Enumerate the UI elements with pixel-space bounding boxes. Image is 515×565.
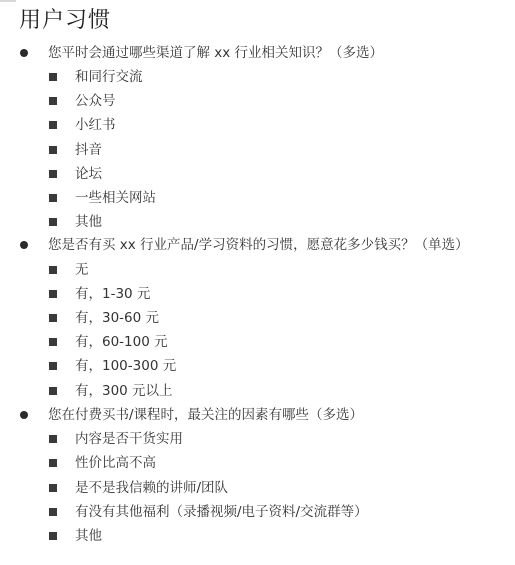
square-bullet-icon	[49, 532, 57, 540]
square-bullet-icon	[49, 97, 57, 105]
square-bullet-icon	[49, 73, 57, 81]
round-bullet-icon	[20, 49, 28, 57]
square-bullet-icon	[49, 362, 57, 370]
option-text: 有没有其他福利（录播视频/电子资料/交流群等）	[75, 501, 368, 523]
option-text: 小红书	[75, 114, 116, 136]
option-text: 无	[75, 259, 89, 281]
square-bullet-icon	[49, 170, 57, 178]
option-text: 性价比高不高	[75, 452, 156, 474]
page-title: 用户习惯	[19, 6, 111, 36]
square-bullet-icon	[49, 484, 57, 492]
question-text: 您是否有买 xx 行业产品/学习资料的习惯，愿意花多少钱买？（单选）	[48, 234, 469, 256]
round-bullet-icon	[20, 241, 28, 249]
option-text: 其他	[75, 211, 102, 233]
square-bullet-icon	[49, 435, 57, 443]
option-text: 是不是我信赖的讲师/团队	[75, 477, 228, 499]
option-text: 公众号	[75, 90, 116, 112]
option-text: 有，30-60 元	[75, 307, 159, 329]
option-text: 一些相关网站	[75, 187, 156, 209]
square-bullet-icon	[49, 314, 57, 322]
square-bullet-icon	[49, 146, 57, 154]
square-bullet-icon	[49, 121, 57, 129]
option-text: 内容是否干货实用	[75, 428, 183, 450]
square-bullet-icon	[49, 266, 57, 274]
option-text: 有，1-30 元	[75, 283, 150, 305]
option-text: 论坛	[75, 163, 102, 185]
option-text: 有，60-100 元	[75, 331, 168, 353]
square-bullet-icon	[49, 508, 57, 516]
question-text: 您在付费买书/课程时，最关注的因素有哪些（多选）	[48, 404, 363, 426]
square-bullet-icon	[49, 194, 57, 202]
corner-mark	[0, 0, 16, 2]
square-bullet-icon	[49, 387, 57, 395]
option-text: 抖音	[75, 139, 102, 161]
round-bullet-icon	[20, 411, 28, 419]
option-text: 有，100-300 元	[75, 355, 176, 377]
option-text: 其他	[75, 525, 102, 547]
square-bullet-icon	[49, 218, 57, 226]
question-text: 您平时会通过哪些渠道了解 xx 行业相关知识？（多选）	[48, 42, 383, 64]
option-text: 和同行交流	[75, 66, 143, 88]
square-bullet-icon	[49, 459, 57, 467]
square-bullet-icon	[49, 338, 57, 346]
square-bullet-icon	[49, 290, 57, 298]
option-text: 有，300 元以上	[75, 380, 173, 402]
